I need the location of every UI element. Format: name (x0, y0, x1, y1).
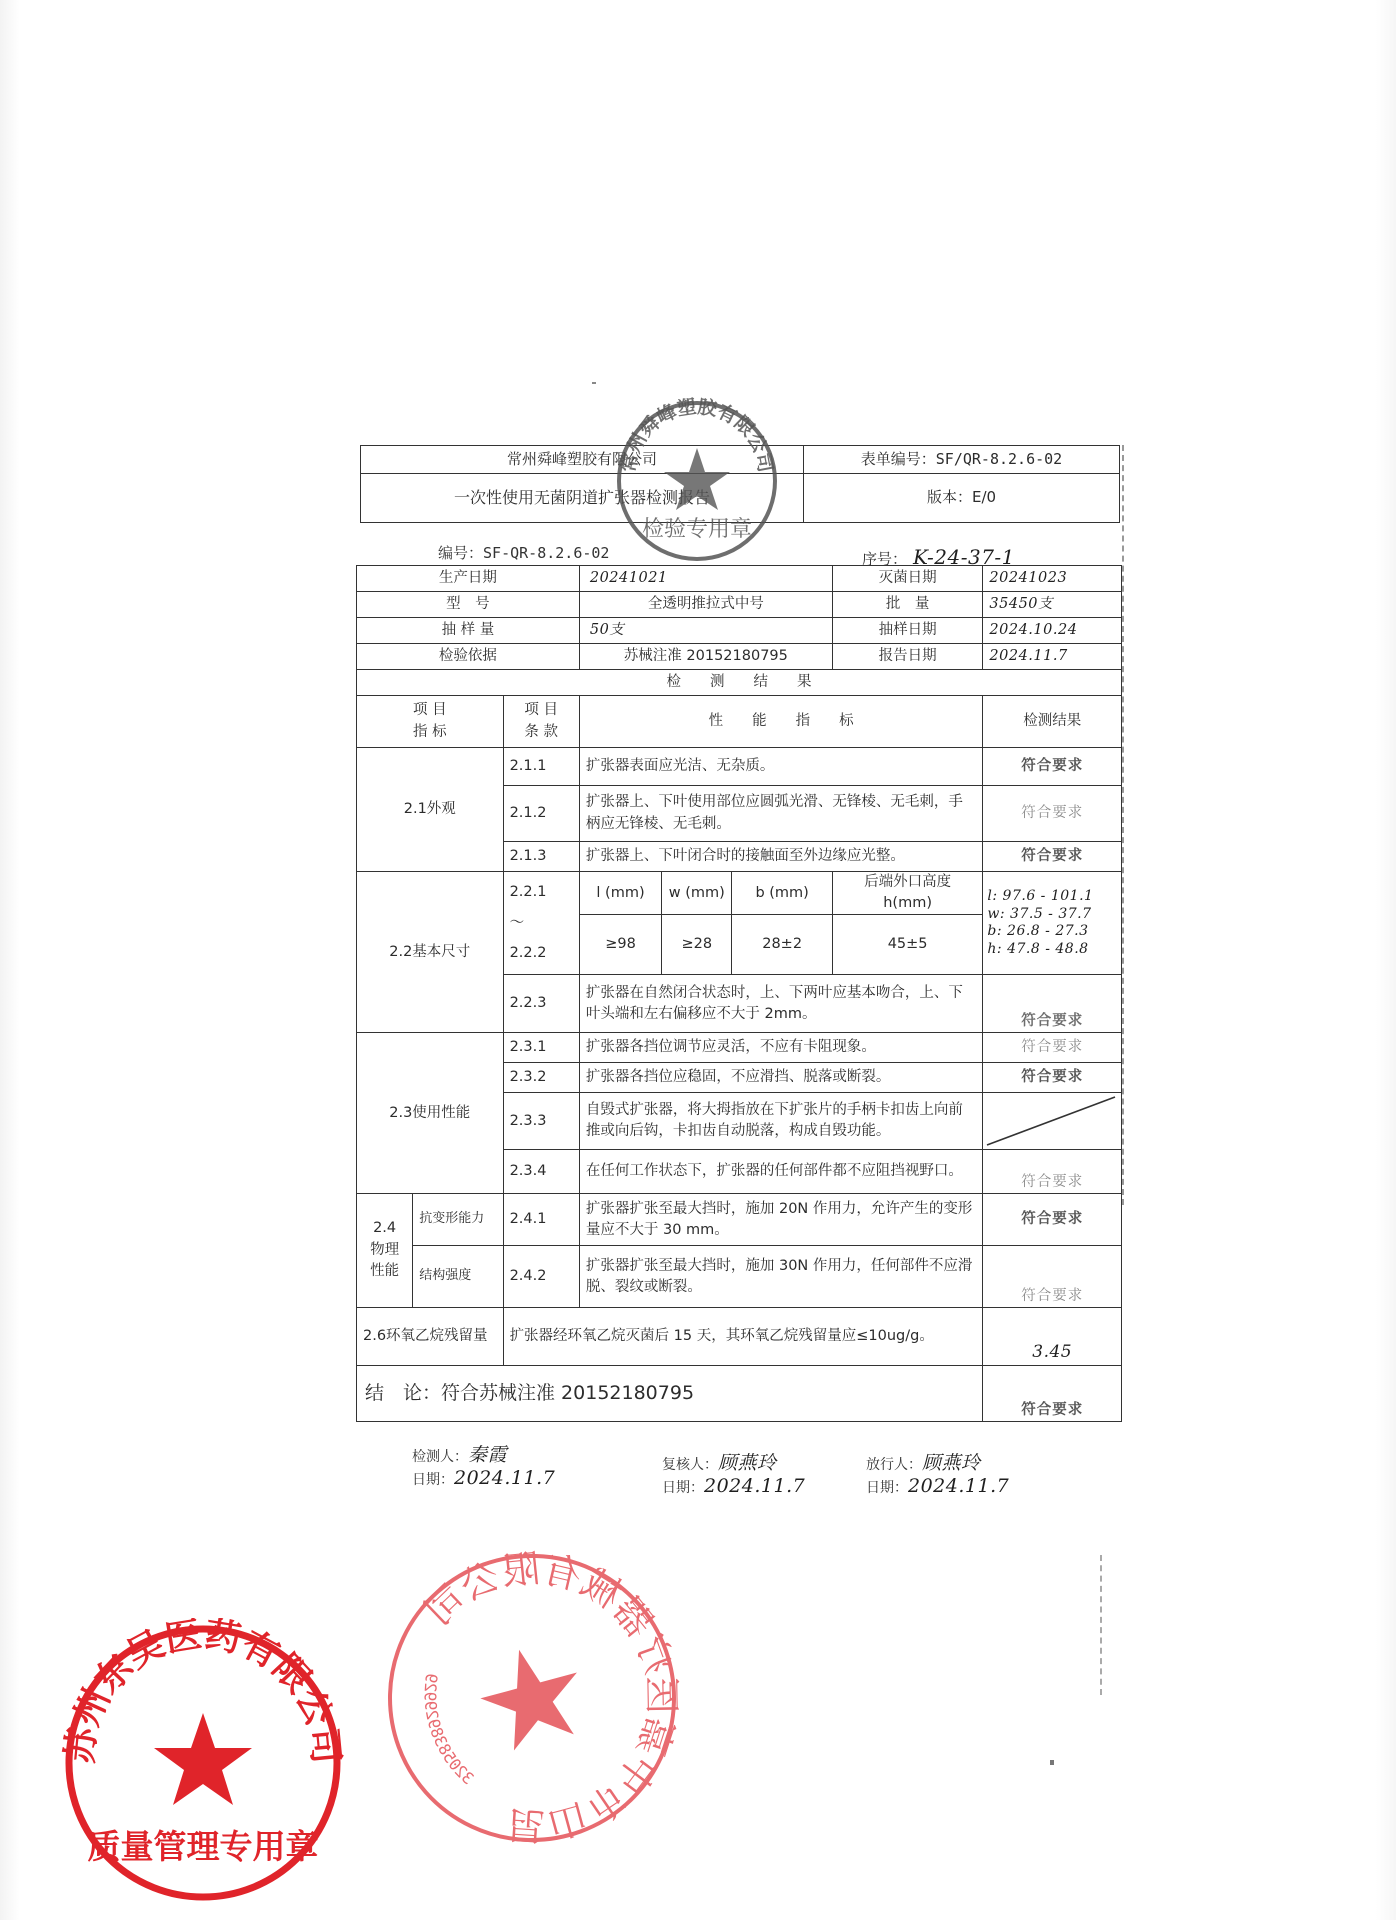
conclusion-result-stamp: 符合要求 (983, 1366, 1122, 1422)
quality-seal: 苏州东吴医药有限公司 质量管理专用章 (58, 1618, 348, 1908)
criterion: 自毁式扩张器，将大拇指放在下扩张片的手柄卡扣齿上向前推或向后钩，卡扣齿自动脱落，… (579, 1093, 983, 1150)
report-date-label: 报告日期 (832, 644, 983, 670)
measured-h: h: 47.8 - 48.8 (987, 941, 1117, 959)
inspection-seal: 常州舜峰塑胶有限公司 检验专用章 (612, 396, 782, 566)
document-number: 编号：SF-QR-8.2.6-02 (438, 542, 609, 563)
group-dimensions: 2.2基本尺寸 (357, 872, 504, 1033)
criterion: 扩张器扩张至最大挡时，施加 20N 作用力，允许产生的变形量应不大于 30 mm… (579, 1194, 983, 1246)
group-eo-residue: 2.6环氧乙烷残留量 (357, 1308, 504, 1366)
inspection-seal-label: 检验专用章 (642, 517, 752, 542)
clause: 2.1.1 (503, 748, 579, 786)
clause: 2.2.3 (503, 975, 579, 1033)
col-item-clause: 项 目 条 款 (503, 696, 579, 748)
group-appearance: 2.1外观 (357, 748, 504, 872)
col-performance: 性 能 指 标 (579, 696, 983, 748)
dim-header-w: w (mm) (662, 872, 732, 915)
criterion: 在任何工作状态下，扩张器的任何部件都不应阻挡视野口。 (579, 1150, 983, 1194)
criterion: 扩张器扩张至最大挡时，施加 30N 作用力，任何部件不应滑脱、裂纹或断裂。 (579, 1246, 983, 1308)
table-row: 2.2基本尺寸 2.2.1 ～ 2.2.2 l (mm) w (mm) b (m… (357, 872, 1122, 915)
criterion: 扩张器经环氧乙烷灭菌后 15 天，其环氧乙烷残留量应≤10ug/g。 (503, 1308, 983, 1366)
quality-seal-label: 质量管理专用章 (88, 1827, 319, 1866)
result-stamp: 符合要求 (983, 1246, 1122, 1308)
version: 版本：E/0 (804, 474, 1120, 523)
star-icon (664, 448, 730, 510)
spec-w: ≥28 (662, 915, 732, 975)
scan-speck (592, 382, 596, 384)
sterilization-date-label: 灭菌日期 (832, 566, 983, 592)
reviewer-signature: 复核人：顾燕玲 日期：2024.11.7 (662, 1448, 805, 1497)
clause: 2.3.1 (503, 1033, 579, 1063)
measured-l: l: 97.6 - 101.1 (987, 888, 1117, 906)
sterilization-date-value: 20241023 (983, 566, 1122, 592)
result-stamp: 符合要求 (983, 1063, 1122, 1093)
clause: 2.4.1 (503, 1194, 579, 1246)
result-stamp: 符合要求 (983, 748, 1122, 786)
batch-qty-value: 35450支 (983, 592, 1122, 618)
table-row: 2.1外观 2.1.1 扩张器表面应光洁、无杂质。 符合要求 (357, 748, 1122, 786)
basis-label: 检验依据 (357, 644, 580, 670)
form-number: 表单编号：SF/QR-8.2.6-02 (804, 446, 1120, 474)
table-row: 2.3使用性能 2.3.1 扩张器各挡位调节应灵活，不应有卡阻现象。 符合要求 (357, 1033, 1122, 1063)
table-row: 2.6环氧乙烷残留量 扩张器经环氧乙烷灭菌后 15 天，其环氧乙烷残留量应≤10… (357, 1308, 1122, 1366)
col-item-index: 项 目 指 标 (357, 696, 504, 748)
group-physical: 2.4 物理 性能 (357, 1194, 413, 1308)
subgroup-strength: 结构强度 (413, 1246, 503, 1308)
table-row: 结构强度 2.4.2 扩张器扩张至最大挡时，施加 30N 作用力，任何部件不应滑… (357, 1246, 1122, 1308)
col-result: 检测结果 (983, 696, 1122, 748)
batch-qty-label: 批 量 (832, 592, 983, 618)
result-not-applicable (983, 1093, 1122, 1150)
clause: 2.4.2 (503, 1246, 579, 1308)
releaser-signature: 放行人：顾燕玲 日期：2024.11.7 (866, 1448, 1009, 1497)
criterion: 扩张器在自然闭合状态时，上、下两叶应基本吻合，上、下叶头端和左右偏移应不大于 2… (579, 975, 983, 1033)
dim-header-b: b (mm) (732, 872, 832, 915)
sample-date-value: 2024.10.24 (983, 618, 1122, 644)
eo-residue-value: 3.45 (983, 1308, 1122, 1366)
model-label: 型 号 (357, 592, 580, 618)
table-row: 2.4 物理 性能 抗变形能力 2.4.1 扩张器扩张至最大挡时，施加 20N … (357, 1194, 1122, 1246)
clause: 2.3.4 (503, 1150, 579, 1194)
results-title: 检 测 结 果 (357, 670, 1122, 696)
model-value: 全透明推拉式中号 (579, 592, 832, 618)
dim-measured: l: 97.6 - 101.1 w: 37.5 - 37.7 b: 26.8 -… (983, 872, 1122, 975)
scan-edge-mark (1122, 445, 1124, 1205)
dim-header-h: 后端外口高度 h(mm) (832, 872, 983, 915)
tester-signature: 检测人：秦霞 日期：2024.11.7 (412, 1440, 555, 1489)
clause: 2.1.3 (503, 842, 579, 872)
criterion: 扩张器上、下叶闭合时的接触面至外边缘应光整。 (579, 842, 983, 872)
scan-speck (1050, 1760, 1054, 1765)
subgroup-deform: 抗变形能力 (413, 1194, 503, 1246)
measured-w: w: 37.5 - 37.7 (987, 906, 1117, 924)
result-stamp: 符合要求 (983, 786, 1122, 842)
report-date-value: 2024.11.7 (983, 644, 1122, 670)
sample-qty-label: 抽 样 量 (357, 618, 580, 644)
svg-text:3205838929929: 3205838929929 (407, 1666, 481, 1793)
criterion: 扩张器各挡位应稳固，不应滑挡、脱落或断裂。 (579, 1063, 983, 1093)
clause: 2.2.1 ～ 2.2.2 (503, 872, 579, 975)
criterion: 扩张器表面应光洁、无杂质。 (579, 748, 983, 786)
production-date-value: 20241021 (579, 566, 832, 592)
conclusion: 结 论：符合苏械注准 20152180795 (357, 1366, 983, 1422)
spec-h: 45±5 (832, 915, 983, 975)
star-icon (471, 1637, 592, 1756)
inspection-table: 生产日期 20241021 灭菌日期 20241023 型 号 全透明推拉式中号… (356, 565, 1122, 1422)
star-icon (154, 1713, 252, 1805)
result-stamp: 符合要求 (983, 1150, 1122, 1194)
sample-qty-value: 50支 (579, 618, 832, 644)
result-stamp: 符合要求 (983, 975, 1122, 1033)
spec-b: 28±2 (732, 915, 832, 975)
production-date-label: 生产日期 (357, 566, 580, 592)
basis-value: 苏械注准 20152180795 (579, 644, 832, 670)
conclusion-row: 结 论：符合苏械注准 20152180795 符合要求 (357, 1366, 1122, 1422)
result-stamp: 符合要求 (983, 842, 1122, 872)
spec-l: ≥98 (579, 915, 661, 975)
sample-date-label: 抽样日期 (832, 618, 983, 644)
measured-b: b: 26.8 - 27.3 (987, 923, 1117, 941)
distributor-seal: 昆山市中嘉医疗器械有限公司 3205838929929 (382, 1548, 682, 1848)
result-stamp: 符合要求 (983, 1033, 1122, 1063)
criterion: 扩张器上、下叶使用部位应圆弧光滑、无锋棱、无毛刺，手柄应无锋棱、无毛刺。 (579, 786, 983, 842)
dim-header-l: l (mm) (579, 872, 661, 915)
clause: 2.3.2 (503, 1063, 579, 1093)
clause: 2.1.2 (503, 786, 579, 842)
clause: 2.3.3 (503, 1093, 579, 1150)
distributor-seal-code: 3205838929929 (407, 1666, 481, 1793)
group-usage: 2.3使用性能 (357, 1033, 504, 1194)
scan-edge-mark (1100, 1555, 1102, 1695)
criterion: 扩张器各挡位调节应灵活，不应有卡阻现象。 (579, 1033, 983, 1063)
diagonal-slash-icon (983, 1093, 1119, 1149)
result-stamp: 符合要求 (983, 1194, 1122, 1246)
